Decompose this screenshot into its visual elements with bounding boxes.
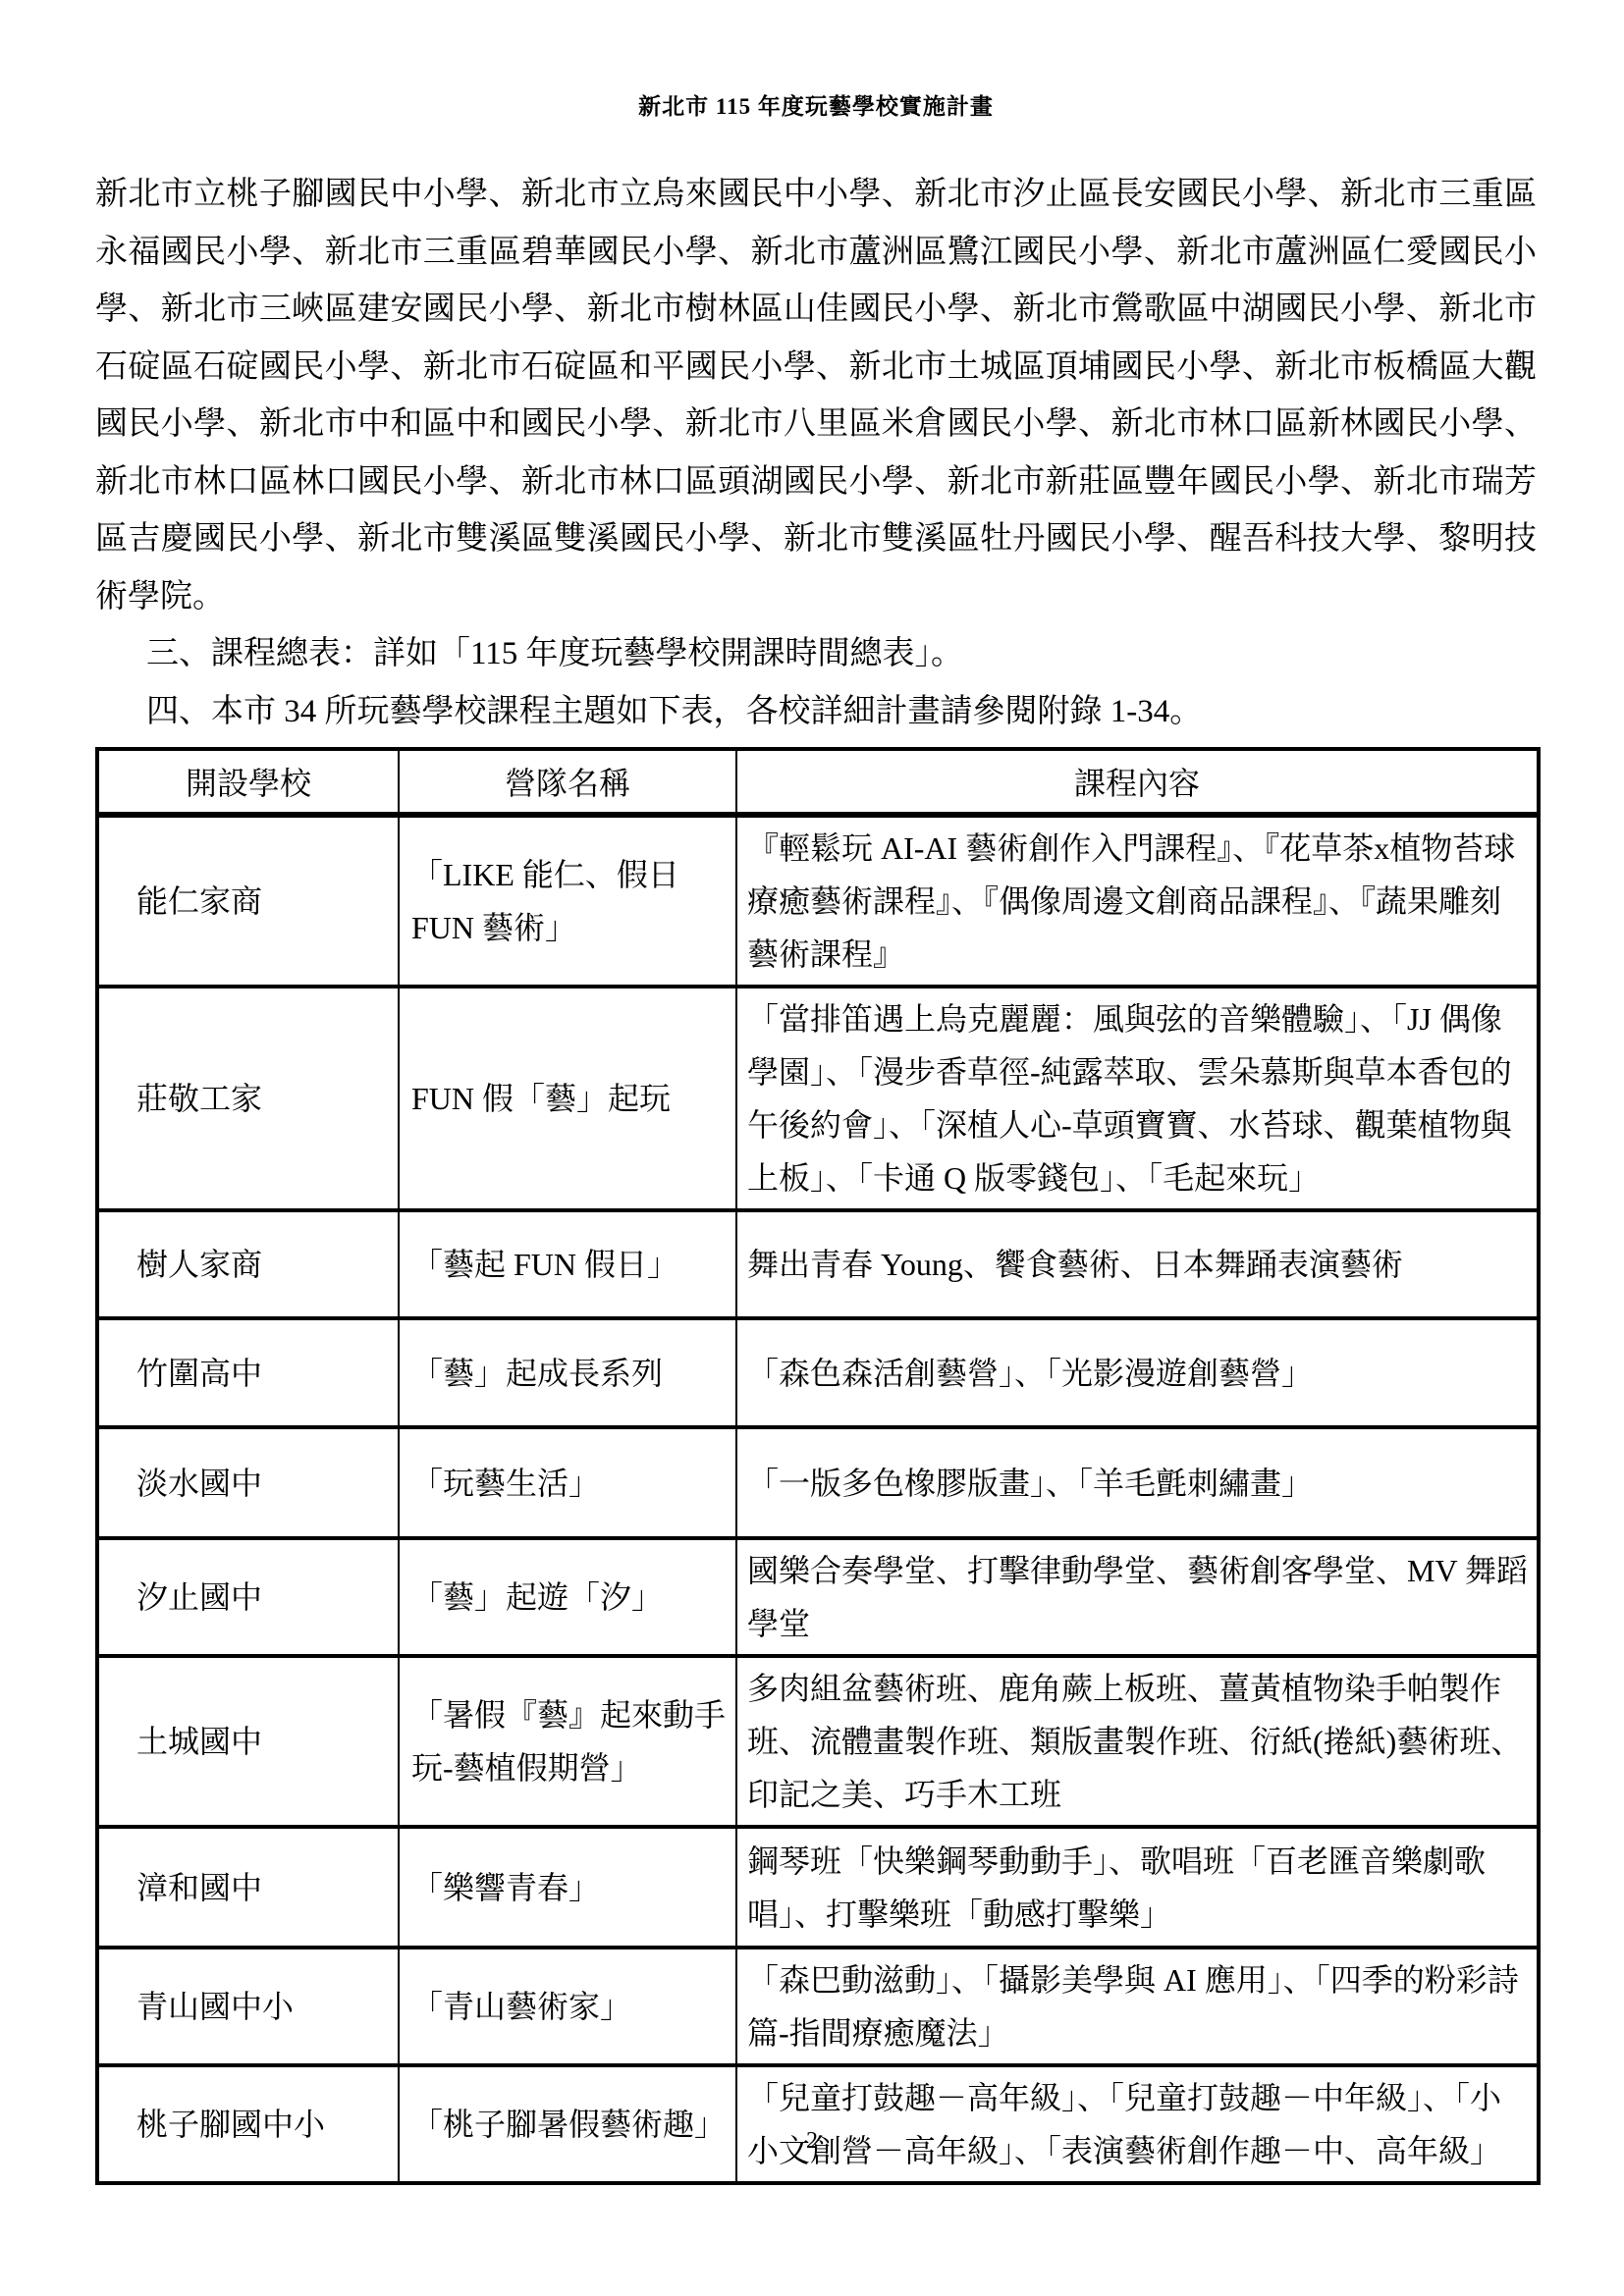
document-header-title: 新北市 115 年度玩藝學校實施計畫: [95, 88, 1537, 121]
course-theme-table: 開設學校 營隊名稱 課程內容 能仁家商 「LIKE 能仁、假日 FUN 藝術」 …: [95, 747, 1541, 2185]
school-name: 青山國中小: [97, 1948, 399, 2065]
school-name: 樹人家商: [97, 1210, 399, 1318]
participating-schools-paragraph: 新北市立桃子腳國民中小學、新北市立烏來國民中小學、新北市汐止區長安國民小學、新北…: [95, 166, 1537, 625]
document-page: 新北市 115 年度玩藝學校實施計畫 新北市立桃子腳國民中小學、新北市立烏來國民…: [0, 0, 1624, 2296]
camp-name: 「桃子腳暑假藝術趣」: [399, 2065, 736, 2183]
camp-name: 「藝」起成長系列: [399, 1318, 736, 1427]
column-header-school: 開設學校: [97, 749, 399, 815]
course-content: 「兒童打鼓趣－高年級」、「兒童打鼓趣－中年級」、「小小文創營－高年級」、「表演藝…: [736, 2065, 1539, 2183]
table-row: 竹圍高中 「藝」起成長系列 「森色森活創藝營」、「光影漫遊創藝營」: [97, 1318, 1539, 1427]
course-content: 舞出青春 Young、饗食藝術、日本舞踊表演藝術: [736, 1210, 1539, 1318]
camp-name: FUN 假「藝」起玩: [399, 987, 736, 1210]
column-header-camp-name: 營隊名稱: [399, 749, 736, 815]
course-content: 「森巴動滋動」、「攝影美學與 AI 應用」、「四季的粉彩詩篇-指間療癒魔法」: [736, 1948, 1539, 2065]
school-name: 土城國中: [97, 1656, 399, 1827]
table-row: 能仁家商 「LIKE 能仁、假日 FUN 藝術」 『輕鬆玩 AI-AI 藝術創作…: [97, 815, 1539, 987]
page-number: 2: [0, 2128, 1624, 2155]
camp-name: 「玩藝生活」: [399, 1427, 736, 1538]
list-item-course-themes: 四、本市 34 所玩藝學校課程主題如下表，各校詳細計畫請參閱附錄 1-34。: [95, 683, 1537, 741]
table-row: 漳和國中 「樂響青春」 鋼琴班「快樂鋼琴動動手」、歌唱班「百老匯音樂劇歌唱」、打…: [97, 1827, 1539, 1948]
table-row: 莊敬工家 FUN 假「藝」起玩 「當排笛遇上烏克麗麗：風與弦的音樂體驗」、「JJ…: [97, 987, 1539, 1210]
course-content: 『輕鬆玩 AI-AI 藝術創作入門課程』、『花草茶x植物苔球療癒藝術課程』、『偶…: [736, 815, 1539, 987]
camp-name: 「青山藝術家」: [399, 1948, 736, 2065]
school-name: 淡水國中: [97, 1427, 399, 1538]
school-name: 莊敬工家: [97, 987, 399, 1210]
table-row: 桃子腳國中小 「桃子腳暑假藝術趣」 「兒童打鼓趣－高年級」、「兒童打鼓趣－中年級…: [97, 2065, 1539, 2183]
school-name: 能仁家商: [97, 815, 399, 987]
table-row: 淡水國中 「玩藝生活」 「一版多色橡膠版畫」、「羊毛氈刺繡畫」: [97, 1427, 1539, 1538]
table-row: 土城國中 「暑假『藝』起來動手玩-藝植假期營」 多肉組盆藝術班、鹿角蕨上板班、薑…: [97, 1656, 1539, 1827]
camp-name: 「藝起 FUN 假日」: [399, 1210, 736, 1318]
document-content: 新北市 115 年度玩藝學校實施計畫 新北市立桃子腳國民中小學、新北市立烏來國民…: [95, 88, 1537, 2185]
course-content: 鋼琴班「快樂鋼琴動動手」、歌唱班「百老匯音樂劇歌唱」、打擊樂班「動感打擊樂」: [736, 1827, 1539, 1948]
course-content: 「當排笛遇上烏克麗麗：風與弦的音樂體驗」、「JJ 偶像學園」、「漫步香草徑-純露…: [736, 987, 1539, 1210]
list-item-course-schedule: 三、課程總表：詳如「115 年度玩藝學校開課時間總表」。: [95, 625, 1537, 683]
camp-name: 「暑假『藝』起來動手玩-藝植假期營」: [399, 1656, 736, 1827]
table-row: 青山國中小 「青山藝術家」 「森巴動滋動」、「攝影美學與 AI 應用」、「四季的…: [97, 1948, 1539, 2065]
school-name: 桃子腳國中小: [97, 2065, 399, 2183]
camp-name: 「LIKE 能仁、假日 FUN 藝術」: [399, 815, 736, 987]
table-row: 樹人家商 「藝起 FUN 假日」 舞出青春 Young、饗食藝術、日本舞踊表演藝…: [97, 1210, 1539, 1318]
course-content: 多肉組盆藝術班、鹿角蕨上板班、薑黃植物染手帕製作班、流體畫製作班、類版畫製作班、…: [736, 1656, 1539, 1827]
course-content: 國樂合奏學堂、打擊律動學堂、藝術創客學堂、MV 舞蹈學堂: [736, 1538, 1539, 1656]
course-content: 「一版多色橡膠版畫」、「羊毛氈刺繡畫」: [736, 1427, 1539, 1538]
course-content: 「森色森活創藝營」、「光影漫遊創藝營」: [736, 1318, 1539, 1427]
camp-name: 「樂響青春」: [399, 1827, 736, 1948]
school-name: 竹圍高中: [97, 1318, 399, 1427]
table-header-row: 開設學校 營隊名稱 課程內容: [97, 749, 1539, 815]
school-name: 漳和國中: [97, 1827, 399, 1948]
column-header-course-content: 課程內容: [736, 749, 1539, 815]
table-row: 汐止國中 「藝」起遊「汐」 國樂合奏學堂、打擊律動學堂、藝術創客學堂、MV 舞蹈…: [97, 1538, 1539, 1656]
school-name: 汐止國中: [97, 1538, 399, 1656]
camp-name: 「藝」起遊「汐」: [399, 1538, 736, 1656]
